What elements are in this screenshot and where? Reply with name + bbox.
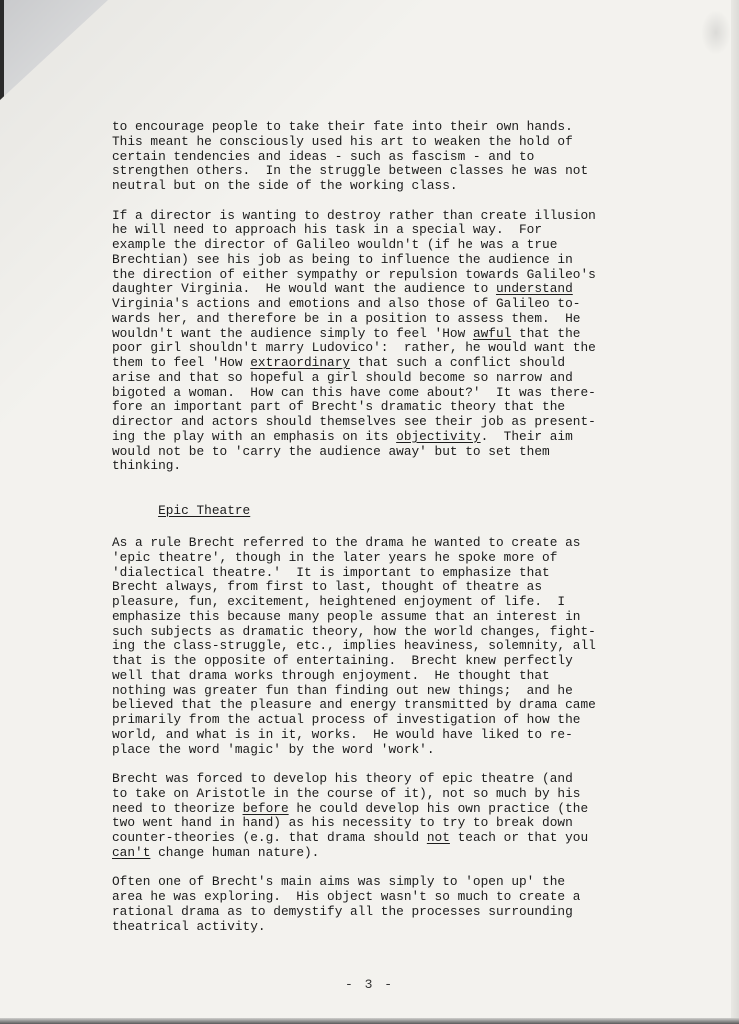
text-line: would not be to 'carry the audience away… (112, 445, 702, 460)
text-line: to encourage people to take their fate i… (112, 120, 702, 135)
underlined-emphasis: not (427, 830, 450, 845)
underlined-emphasis: understand (496, 281, 573, 296)
text-line: neutral but on the side of the working c… (112, 179, 702, 194)
text-run: the direction of either sympathy or repu… (112, 267, 596, 282)
text-run: 'epic theatre', though in the later year… (112, 550, 557, 565)
underlined-emphasis: before (243, 801, 289, 816)
text-run: pleasure, fun, excitement, heightened en… (112, 594, 565, 609)
text-run: strengthen others. In the struggle betwe… (112, 163, 588, 178)
text-line: fore an important part of Brecht's drama… (112, 400, 702, 415)
text-line: This meant he consciously used his art t… (112, 135, 702, 150)
text-run: place the word 'magic' by the word 'work… (112, 742, 435, 757)
text-line: rational drama as to demystify all the p… (112, 905, 702, 920)
text-line: poor girl shouldn't marry Ludovico': rat… (112, 341, 702, 356)
paragraph-epic-theatre: As a rule Brecht referred to the drama h… (112, 536, 702, 757)
text-line: As a rule Brecht referred to the drama h… (112, 536, 702, 551)
text-run: two went hand in hand) as his necessity … (112, 815, 573, 830)
text-line: place the word 'magic' by the word 'work… (112, 743, 702, 758)
text-run: certain tendencies and ideas - such as f… (112, 149, 534, 164)
text-run: that such a conflict should (350, 355, 565, 370)
text-line: area he was exploring. His object wasn't… (112, 890, 702, 905)
text-run: wouldn't want the audience simply to fee… (112, 326, 473, 341)
text-line: to take on Aristotle in the course of it… (112, 787, 702, 802)
text-line: director and actors should themselves se… (112, 415, 702, 430)
text-run: primarily from the actual process of inv… (112, 712, 580, 727)
text-line: Often one of Brecht's main aims was simp… (112, 875, 702, 890)
text-line: ing the play with an emphasis on its obj… (112, 430, 702, 445)
text-run: he will need to approach his task in a s… (112, 222, 542, 237)
text-line: them to feel 'How extraordinary that suc… (112, 356, 702, 371)
scanner-edge-shadow (0, 0, 4, 100)
text-line: 'dialectical theatre.' It is important t… (112, 566, 702, 581)
underlined-emphasis: extraordinary (250, 355, 350, 370)
text-run: wards her, and therefore be in a positio… (112, 311, 580, 326)
text-line: thinking. (112, 459, 702, 474)
text-run: he could develop his own practice (the (289, 801, 589, 816)
text-run: Virginia's actions and emotions and also… (112, 296, 580, 311)
text-run: ing the class-struggle, etc., implies he… (112, 638, 596, 653)
text-line: the direction of either sympathy or repu… (112, 268, 702, 283)
text-line: example the director of Galileo wouldn't… (112, 238, 702, 253)
text-run: emphasize this because many people assum… (112, 609, 580, 624)
text-line: Brechtian) see his job as being to influ… (112, 253, 702, 268)
text-line: ing the class-struggle, etc., implies he… (112, 639, 702, 654)
text-line: wards her, and therefore be in a positio… (112, 312, 702, 327)
underlined-emphasis: awful (473, 326, 511, 341)
text-line: two went hand in hand) as his necessity … (112, 816, 702, 831)
text-line: counter-theories (e.g. that drama should… (112, 831, 702, 846)
text-line: he will need to approach his task in a s… (112, 223, 702, 238)
text-run: bigoted a woman. How can this have come … (112, 385, 596, 400)
text-run: would not be to 'carry the audience away… (112, 444, 550, 459)
text-line: certain tendencies and ideas - such as f… (112, 150, 702, 165)
text-line: Brecht always, from first to last, thoug… (112, 580, 702, 595)
text-line: bigoted a woman. How can this have come … (112, 386, 702, 401)
text-run: well that drama works through enjoyment.… (112, 668, 550, 683)
text-run: This meant he consciously used his art t… (112, 134, 573, 149)
text-run: As a rule Brecht referred to the drama h… (112, 535, 580, 550)
text-run: to take on Aristotle in the course of it… (112, 786, 580, 801)
text-run: Brechtian) see his job as being to influ… (112, 252, 573, 267)
underlined-emphasis: objectivity (396, 429, 480, 444)
text-run: 'dialectical theatre.' It is important t… (112, 565, 550, 580)
text-run: arise and that so hopeful a girl should … (112, 370, 573, 385)
text-line: believed that the pleasure and energy tr… (112, 698, 702, 713)
text-run: counter-theories (e.g. that drama should (112, 830, 427, 845)
section-heading-text: Epic Theatre (158, 503, 250, 518)
text-run: world, and what is in it, works. He woul… (112, 727, 573, 742)
text-run: believed that the pleasure and energy tr… (112, 697, 596, 712)
text-run: Brecht always, from first to last, thoug… (112, 579, 542, 594)
text-run: to encourage people to take their fate i… (112, 119, 573, 134)
text-run: that the (511, 326, 580, 341)
scanned-page: to encourage people to take their fate i… (0, 0, 739, 1024)
paragraph-aristotle: Brecht was forced to develop his theory … (112, 772, 702, 861)
text-line: pleasure, fun, excitement, heightened en… (112, 595, 702, 610)
text-line: Brecht was forced to develop his theory … (112, 772, 702, 787)
text-run: poor girl shouldn't marry Ludovico': rat… (112, 340, 596, 355)
text-line: Virginia's actions and emotions and also… (112, 297, 702, 312)
text-run: Often one of Brecht's main aims was simp… (112, 874, 565, 889)
text-run: nothing was greater fun than finding out… (112, 683, 573, 698)
text-line: well that drama works through enjoyment.… (112, 669, 702, 684)
underlined-emphasis: can't (112, 845, 150, 860)
text-run: theatrical activity. (112, 919, 266, 934)
text-line: theatrical activity. (112, 920, 702, 935)
text-run: example the director of Galileo wouldn't… (112, 237, 557, 252)
text-run: that is the opposite of entertaining. Br… (112, 653, 573, 668)
text-line: that is the opposite of entertaining. Br… (112, 654, 702, 669)
text-line: emphasize this because many people assum… (112, 610, 702, 625)
text-line: arise and that so hopeful a girl should … (112, 371, 702, 386)
text-run: fore an important part of Brecht's drama… (112, 399, 565, 414)
text-run: thinking. (112, 458, 181, 473)
text-run: area he was exploring. His object wasn't… (112, 889, 580, 904)
text-run: such subjects as dramatic theory, how th… (112, 624, 596, 639)
text-run: them to feel 'How (112, 355, 250, 370)
text-line: can't change human nature). (112, 846, 702, 861)
paper-smudge (701, 10, 731, 55)
text-run: teach or that you (450, 830, 588, 845)
text-run: neutral but on the side of the working c… (112, 178, 458, 193)
page-bottom-edge (0, 1018, 739, 1024)
text-line: world, and what is in it, works. He woul… (112, 728, 702, 743)
text-line: daughter Virginia. He would want the aud… (112, 282, 702, 297)
text-run: . Their aim (481, 429, 573, 444)
document-body: to encourage people to take their fate i… (112, 120, 702, 949)
text-run: need to theorize (112, 801, 243, 816)
paragraph-intro: to encourage people to take their fate i… (112, 120, 702, 194)
section-heading: Epic Theatre (112, 489, 702, 533)
text-run: ing the play with an emphasis on its (112, 429, 396, 444)
text-line: such subjects as dramatic theory, how th… (112, 625, 702, 640)
page-right-edge (731, 0, 739, 1024)
page-number: - 3 - (0, 977, 739, 992)
paragraph-director: If a director is wanting to destroy rath… (112, 209, 702, 475)
text-line: nothing was greater fun than finding out… (112, 684, 702, 699)
text-run: rational drama as to demystify all the p… (112, 904, 573, 919)
text-run: If a director is wanting to destroy rath… (112, 208, 596, 223)
text-line: strengthen others. In the struggle betwe… (112, 164, 702, 179)
text-run: change human nature). (150, 845, 319, 860)
paragraph-open-up: Often one of Brecht's main aims was simp… (112, 875, 702, 934)
text-line: need to theorize before he could develop… (112, 802, 702, 817)
text-run: director and actors should themselves se… (112, 414, 596, 429)
text-run: Brecht was forced to develop his theory … (112, 771, 573, 786)
text-run: daughter Virginia. He would want the aud… (112, 281, 496, 296)
text-line: 'epic theatre', though in the later year… (112, 551, 702, 566)
text-line: primarily from the actual process of inv… (112, 713, 702, 728)
text-line: wouldn't want the audience simply to fee… (112, 327, 702, 342)
text-line: If a director is wanting to destroy rath… (112, 209, 702, 224)
